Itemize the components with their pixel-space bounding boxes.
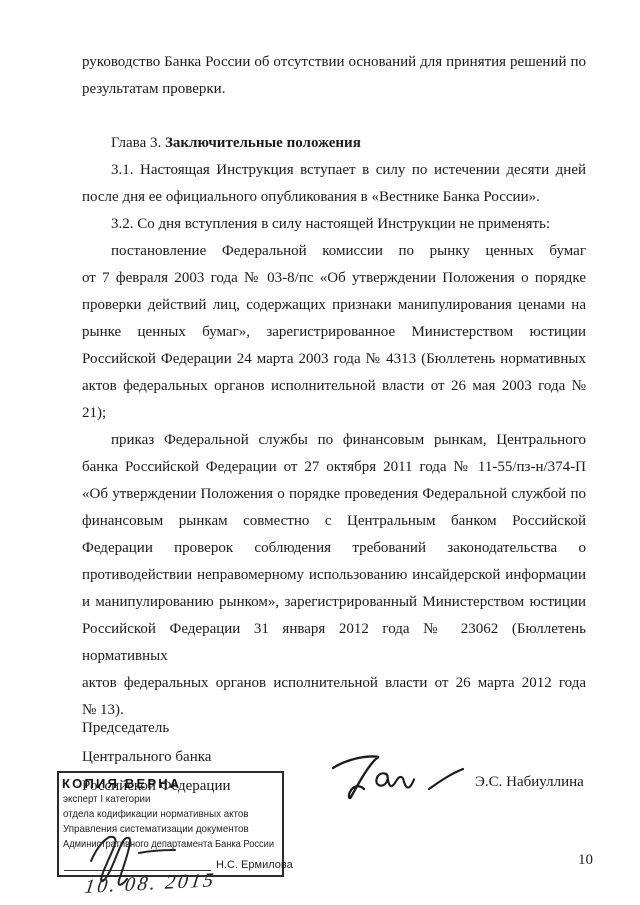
signatory-title-line-2: Центрального банка — [82, 743, 231, 772]
text-line: актов федеральных органов исполнительной… — [82, 373, 586, 427]
text-line: Федерации проверок соблюдения требований… — [82, 535, 586, 562]
heading-prefix: Глава 3. — [111, 135, 165, 151]
heading-line: Глава 3. Заключительные положения — [82, 130, 586, 157]
text-line: банка Российской Федерации от 27 октября… — [82, 454, 586, 481]
text-line: противодействии неправомерному использов… — [82, 562, 586, 589]
document-page: руководство Банка России об отсутствии о… — [0, 0, 640, 905]
heading-bold-text: Заключительные положения — [165, 135, 361, 151]
text-line: проверки действий лиц, содержащих призна… — [82, 292, 586, 319]
text-line: результатам проверки. — [82, 76, 586, 103]
handwritten-signature — [315, 745, 475, 805]
para-3-1: 3.1. Настоящая Инструкция вступает в сил… — [82, 157, 586, 211]
signatory-name: Э.С. Набиуллина — [475, 774, 584, 791]
chapter-3-heading: Глава 3. Заключительные положения — [82, 130, 586, 157]
text-line: рынке ценных бумаг», зарегистрированное … — [82, 319, 586, 346]
document-body: руководство Банка России об отсутствии о… — [82, 49, 586, 724]
text-line: Российской Федерации 24 марта 2003 года … — [82, 346, 586, 373]
stamp-copy-label: КОПИЯ ВЕРНА — [62, 776, 181, 791]
stamp-certifier-name: Н.С. Ермилова — [216, 859, 293, 871]
stamp-line-department: отдела кодификации нормативных актов — [63, 808, 248, 820]
para-3-2: 3.2. Со дня вступления в силу настоящей … — [82, 211, 586, 238]
text-line: приказ Федеральной службы по финансовым … — [82, 427, 586, 454]
text-line: 3.1. Настоящая Инструкция вступает в сил… — [82, 157, 586, 184]
para-3-2-prikaz: приказ Федеральной службы по финансовым … — [82, 427, 586, 724]
text-line: 3.2. Со дня вступления в силу настоящей … — [82, 211, 586, 238]
text-line: финансовым рынкам совместно с Центральны… — [82, 508, 586, 535]
text-line: постановление Федеральной комиссии по ры… — [82, 238, 586, 265]
text-line: после дня ее официального опубликования … — [82, 184, 586, 211]
text-line: руководство Банка России об отсутствии о… — [82, 49, 586, 76]
para-continued: руководство Банка России об отсутствии о… — [82, 49, 586, 103]
para-3-2-postanovlenie: постановление Федеральной комиссии по ры… — [82, 238, 586, 427]
text-line: от 7 февраля 2003 года № 03-8/пс «Об утв… — [82, 265, 586, 292]
certification-stamp: КОПИЯ ВЕРНА эксперт I категории отдела к… — [57, 771, 284, 877]
signatory-title-line-1: Председатель — [82, 714, 231, 743]
text-line: и манипулированию рынком», зарегистриров… — [82, 589, 586, 616]
text-line: актов федеральных органов исполнительной… — [82, 670, 586, 697]
stamp-line-expert: эксперт I категории — [63, 793, 150, 805]
text-line: Российской Федерации 31 января 2012 года… — [82, 616, 586, 670]
text-line: «Об утверждении Положения о порядке пров… — [82, 481, 586, 508]
page-number: 10 — [578, 852, 593, 869]
